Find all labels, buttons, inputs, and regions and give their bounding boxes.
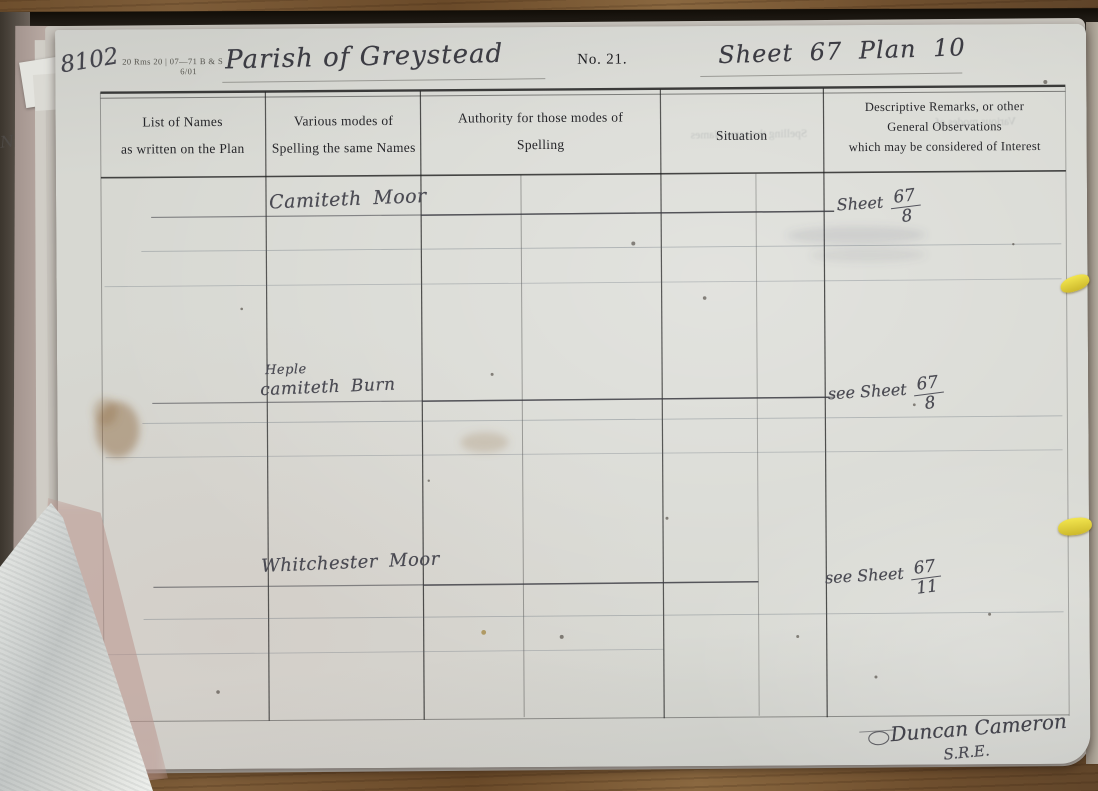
print-code: 20 Rms 20 | 07—71 B & S 6/01	[122, 56, 223, 77]
sheet-number-label: No. 21.	[577, 52, 627, 69]
entry-3-remark-text: see Sheet	[824, 564, 904, 588]
column-header-authority-line2: Spelling	[423, 130, 659, 158]
show-through-text-2: Various modes of	[935, 116, 1016, 129]
entry-3-sheet-fraction: 67 11	[909, 558, 943, 600]
show-through-text: Spelling the same Names	[691, 128, 808, 142]
column-header-spelling-modes: Various modes of Spelling the same Names	[268, 107, 418, 162]
column-header-authority-line1: Authority for those modes of	[422, 103, 658, 131]
entry-1-remark-text: Sheet	[836, 193, 884, 215]
entry-2-sheet-fraction: 67 8	[912, 374, 946, 416]
column-header-names-line1: List of Names	[102, 108, 262, 136]
column-header-authority: Authority for those modes of Spelling	[422, 103, 658, 158]
print-code-line2: 6/01	[180, 66, 223, 76]
document-page: 8102 20 Rms 20 | 07—71 B & S 6/01 Parish…	[55, 24, 1091, 770]
edge-page-mark: N	[0, 131, 15, 151]
column-header-spelling-modes-line2: Spelling the same Names	[269, 134, 419, 162]
entry-1-remark: Sheet 67 8	[836, 191, 921, 231]
entry-2-remark: see Sheet 67 8	[827, 378, 944, 420]
entry-3-remark: see Sheet 67 11	[824, 562, 941, 604]
entry-2-name-line1: Heple	[265, 362, 307, 378]
column-header-names: List of Names as written on the Plan	[102, 108, 262, 163]
entry-1-sheet-fraction: 67 8	[888, 187, 922, 229]
print-code-line1: 20 Rms 20 | 07—71 B & S	[122, 56, 223, 67]
column-header-spelling-modes-line1: Various modes of	[268, 107, 418, 135]
column-header-names-line2: as written on the Plan	[103, 135, 263, 163]
column-header-remarks-line1: Descriptive Remarks, or other	[825, 96, 1063, 117]
photo-of-name-book-page: N	[0, 0, 1098, 791]
column-header-remarks-line3: which may be considered of Interest	[826, 136, 1064, 157]
entry-2-remark-text: see Sheet	[827, 380, 907, 404]
